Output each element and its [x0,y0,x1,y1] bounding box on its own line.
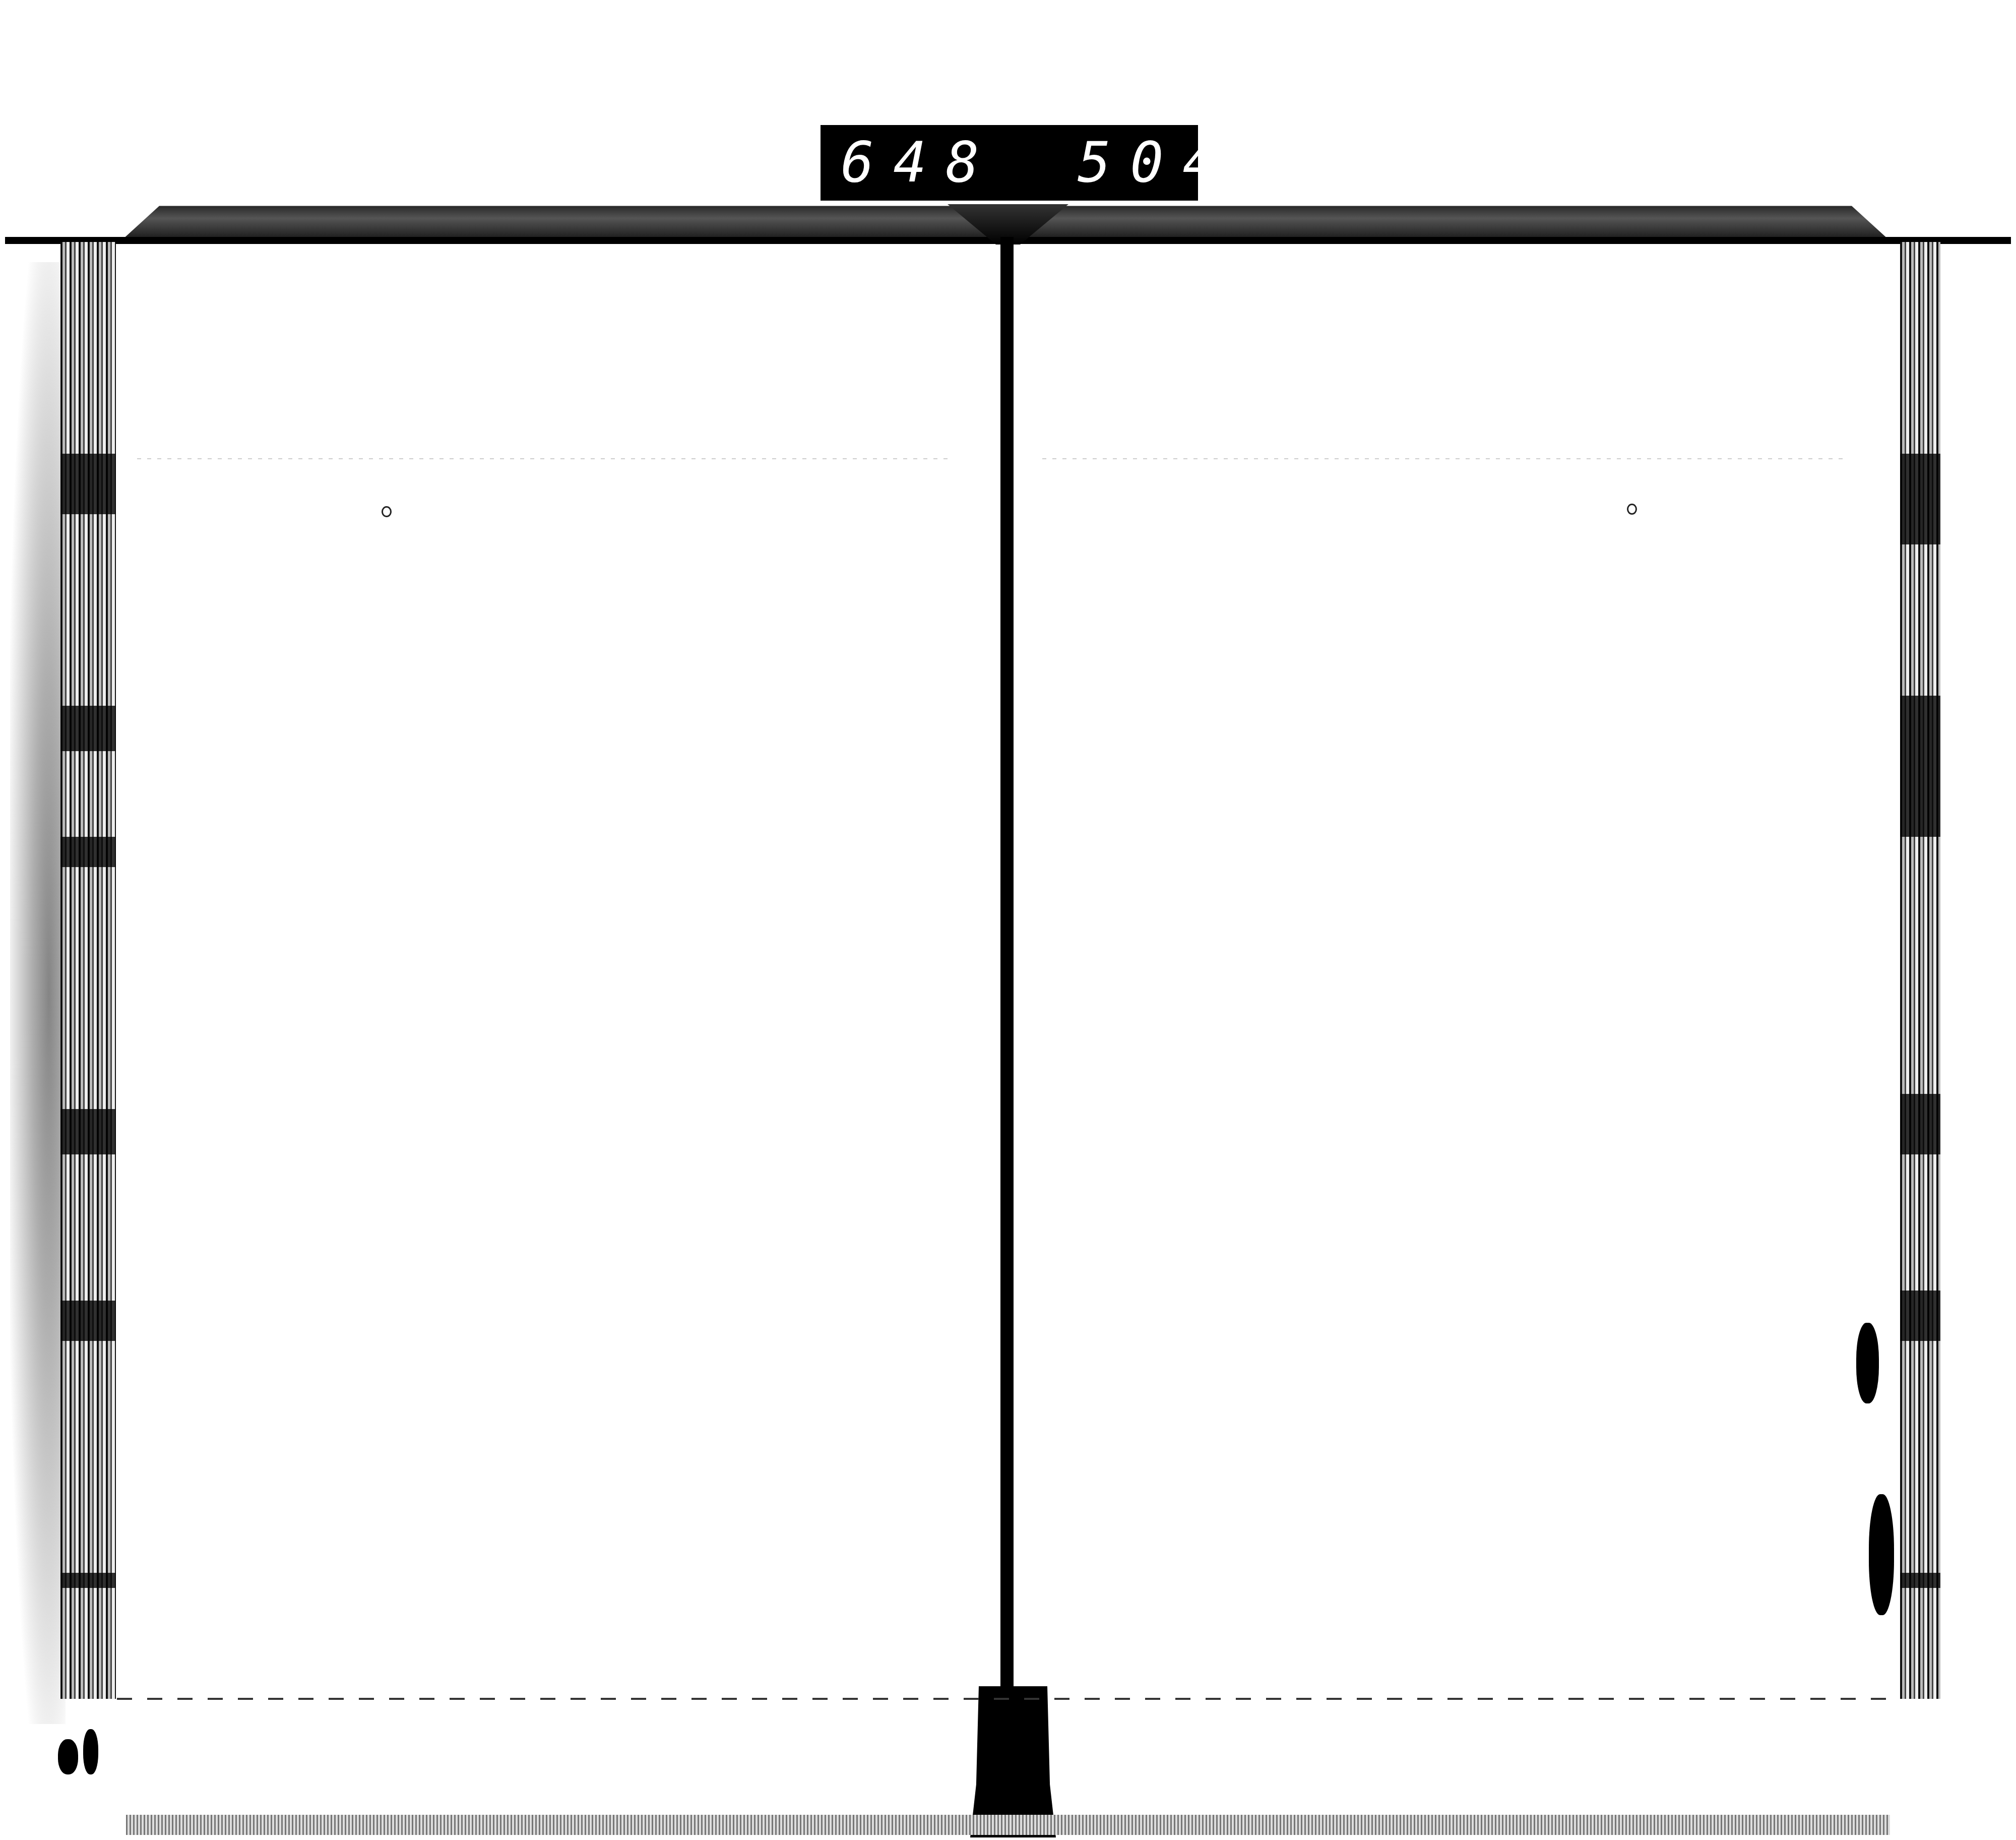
ink-blot [1869,1494,1894,1615]
right-page-edges [1900,242,1940,1699]
ink-blot [1856,1323,1879,1403]
frame-counter: 648 504. [817,125,1198,201]
corner-mark [53,1714,113,1785]
center-gutter [1000,237,1014,1689]
bottom-edge-strip [126,1815,1890,1835]
hole-mark [1627,504,1637,515]
hole-mark [382,506,392,517]
frame-number-left: 648 [841,130,998,195]
frame-number-right: 504. [1078,130,1288,195]
left-page-edges [60,242,116,1699]
bottom-rule [117,1698,1901,1700]
left-shadow [10,262,66,1724]
faint-ruled-line [1042,458,1849,459]
faint-ruled-line [137,458,954,459]
left-page [117,244,994,1696]
right-page [1022,244,1900,1696]
